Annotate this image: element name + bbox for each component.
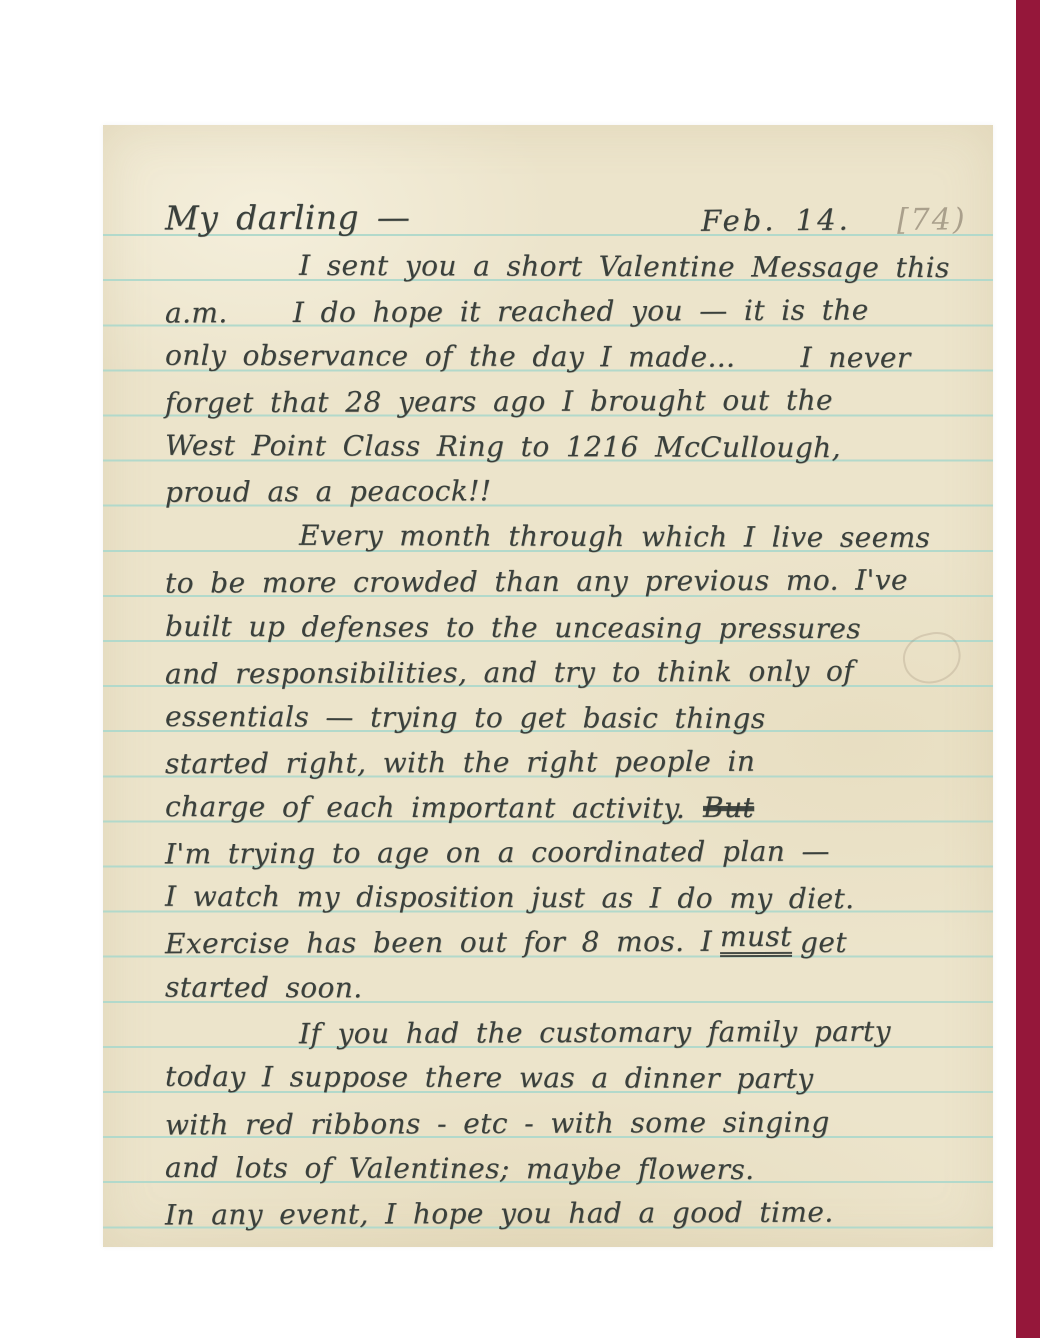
letter-paper: My darling — Feb. 14. [74) I sent you a … (103, 125, 993, 1247)
letter-line-with-strikeout: charge of each important activity.But (103, 777, 993, 822)
date-group: Feb. 14. [74) (701, 204, 967, 237)
letter-line-with-underline: Exercise has been out for 8 mos. Imustge… (103, 913, 993, 958)
letter-line: and responsibilities, and try to think o… (103, 642, 993, 687)
letter-line: I sent you a short Valentine Message thi… (103, 236, 993, 281)
letter-line: In any event, I hope you had a good time… (103, 1183, 993, 1228)
letter-line: West Point Class Ring to 1216 McCullough… (103, 416, 993, 461)
letter-line: Every month through which I live seems (103, 507, 993, 552)
letter-date: Feb. 14. (701, 204, 851, 236)
letter-line: I watch my disposition just as I do my d… (103, 867, 993, 912)
letter-line: forget that 28 years ago I brought out t… (103, 371, 993, 416)
letter-line: only observance of the day I made... I n… (103, 326, 993, 371)
letter-line: a.m. I do hope it reached you — it is th… (103, 281, 993, 326)
letter-line: proud as a peacock!! (103, 462, 993, 507)
letter-line: and lots of Valentines; maybe flowers. (103, 1138, 993, 1183)
letter-line: essentials — trying to get basic things (103, 687, 993, 732)
letter-line: today I suppose there was a dinner party (103, 1048, 993, 1093)
page-accent-bar (1016, 0, 1040, 1338)
letter-line: with red ribbons - etc - with some singi… (103, 1093, 993, 1138)
letter-line: built up defenses to the unceasing press… (103, 597, 993, 642)
letter-line: started right, with the right people in (103, 732, 993, 777)
letter-line: If you had the customary family party (103, 1003, 993, 1048)
letter-header-line: My darling — Feb. 14. [74) (103, 191, 993, 236)
scanned-letter-page: My darling — Feb. 14. [74) I sent you a … (0, 0, 1040, 1338)
handwritten-text: My darling — Feb. 14. [74) I sent you a … (103, 191, 993, 1228)
salutation: My darling — (165, 201, 410, 237)
letter-line: started soon. (103, 958, 993, 1003)
letter-line: to be more crowded than any previous mo.… (103, 552, 993, 597)
struck-word: But (703, 793, 754, 823)
page-number-annotation: [74) (897, 204, 967, 236)
underlined-word: must (720, 922, 792, 958)
letter-line: I'm trying to age on a coordinated plan … (103, 822, 993, 867)
